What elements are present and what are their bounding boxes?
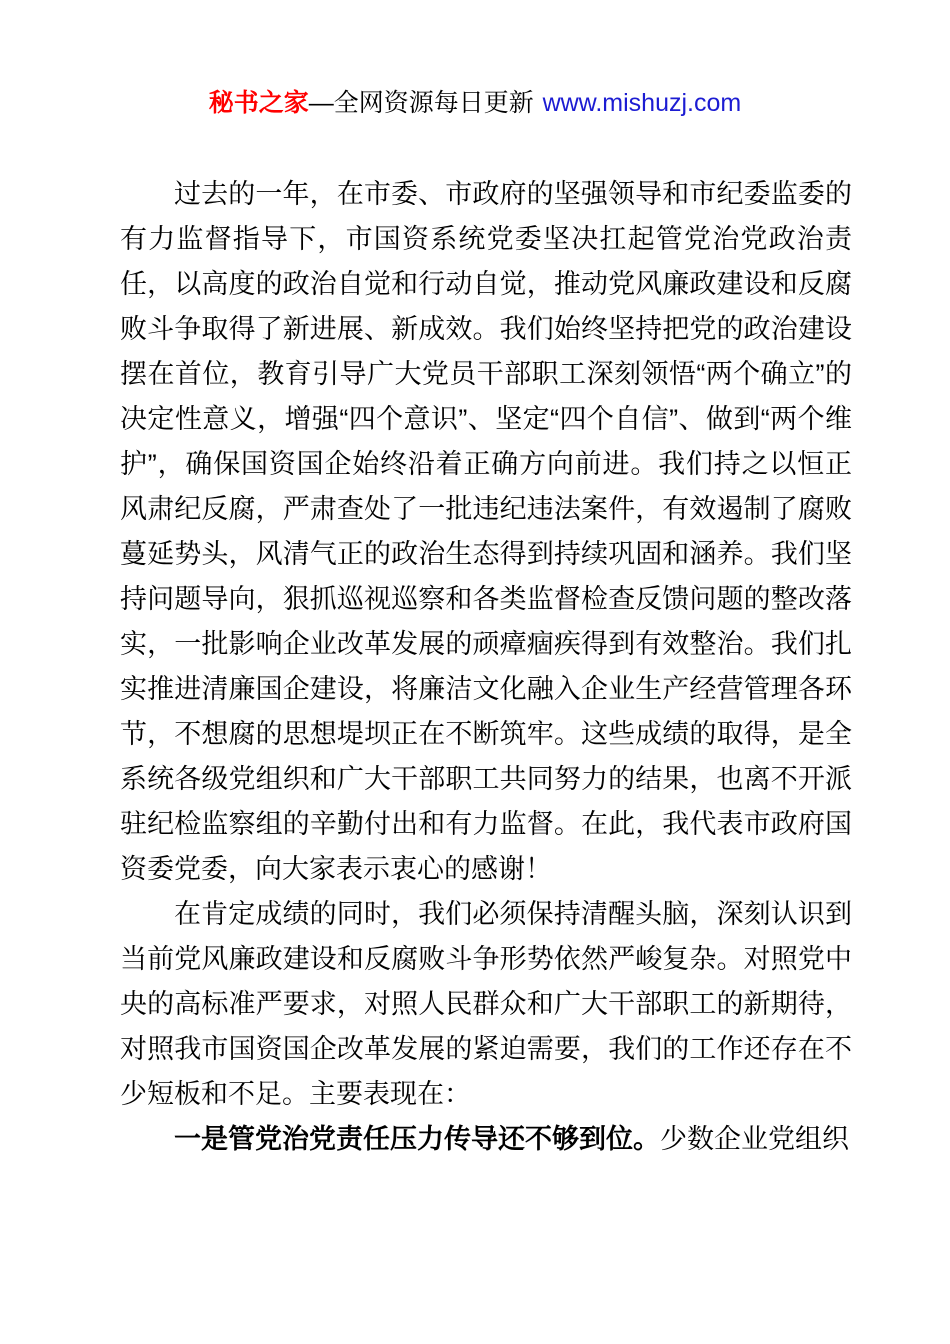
document-body: 过去的一年，在市委、市政府的坚强领导和市纪委监委的有力监督指导下，市国资系统党委… xyxy=(120,172,852,1162)
paragraph-run: 过去的一年，在市委、市政府的坚强领导和市纪委监委的有力监督指导下，市国资系统党委… xyxy=(120,179,852,884)
site-logo-text: 秘书之家 xyxy=(209,89,309,117)
site-url-link[interactable]: www.mishuzj.com xyxy=(543,89,742,117)
paragraph-run-bold: 一是管党治党责任压力传导还不够到位。 xyxy=(174,1124,660,1154)
header-separator: — xyxy=(309,89,334,117)
paragraph: 过去的一年，在市委、市政府的坚强领导和市纪委监委的有力监督指导下，市国资系统党委… xyxy=(120,172,852,892)
header-tagline: 全网资源每日更新 xyxy=(334,89,534,117)
paragraph: 在肯定成绩的同时，我们必须保持清醒头脑，深刻认识到当前党风廉政建设和反腐败斗争形… xyxy=(120,892,852,1117)
site-header: 秘书之家—全网资源每日更新www.mishuzj.com xyxy=(0,88,950,118)
paragraph-run: 少数企业党组织 xyxy=(660,1124,849,1154)
paragraph-run: 在肯定成绩的同时，我们必须保持清醒头脑，深刻认识到当前党风廉政建设和反腐败斗争形… xyxy=(120,899,852,1109)
paragraph: 一是管党治党责任压力传导还不够到位。少数企业党组织 xyxy=(120,1117,852,1162)
document-page: 秘书之家—全网资源每日更新www.mishuzj.com 过去的一年，在市委、市… xyxy=(0,0,950,1344)
